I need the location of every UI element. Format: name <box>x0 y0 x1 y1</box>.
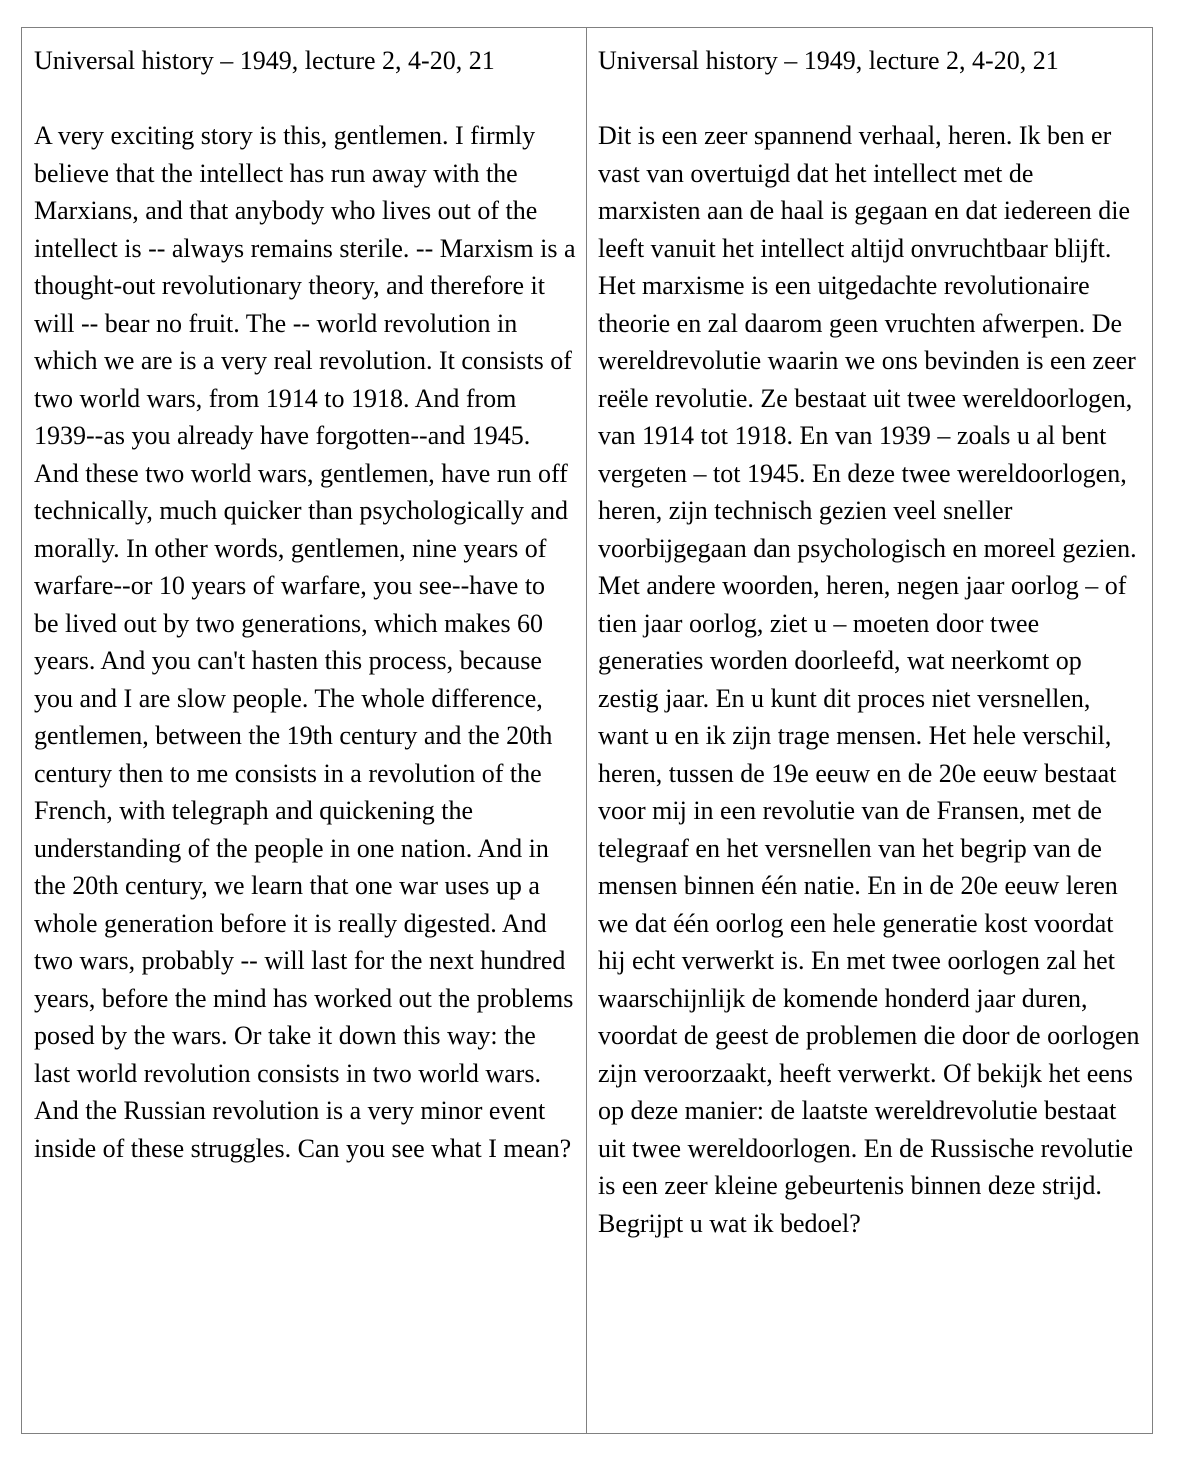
english-lecture-text: A very exciting story is this, gentlemen… <box>34 117 576 1167</box>
bilingual-translation-table: Universal history – 1949, lecture 2, 4-2… <box>21 27 1153 1434</box>
english-column-title: Universal history – 1949, lecture 2, 4-2… <box>34 42 576 80</box>
english-column: Universal history – 1949, lecture 2, 4-2… <box>22 28 587 1433</box>
dutch-lecture-text: Dit is een zeer spannend verhaal, heren.… <box>598 117 1142 1242</box>
dutch-column: Universal history – 1949, lecture 2, 4-2… <box>587 28 1152 1433</box>
dutch-column-title: Universal history – 1949, lecture 2, 4-2… <box>598 42 1142 80</box>
